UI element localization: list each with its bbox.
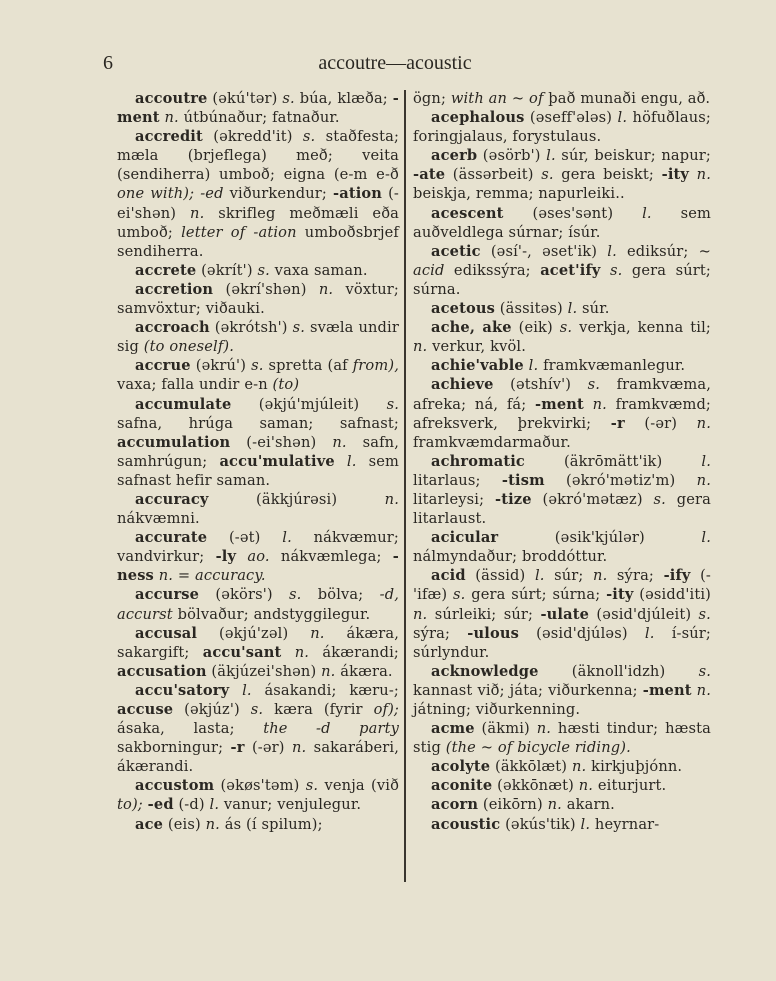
- italic-text: l.: [546, 147, 556, 164]
- dictionary-page: 6 accoutre—acoustic accoutre (əkú'tər) s…: [0, 0, 776, 981]
- italic-text: n.: [321, 663, 335, 680]
- definition-text: (əkøs'təm): [214, 777, 306, 794]
- definition-text: spretta (af: [264, 357, 353, 374]
- definition-text: (-ər): [245, 739, 292, 756]
- headword: -ment: [535, 396, 584, 413]
- definition-text: sakborningur;: [117, 739, 231, 756]
- definition-text: (əsidd'iti): [633, 586, 711, 603]
- definition-text: bölva;: [301, 586, 379, 603]
- italic-text: l.: [282, 529, 292, 546]
- definition-text: beiskja, remma; napurleiki..: [413, 185, 625, 202]
- definition-text: framkvæmdarmaður.: [413, 434, 571, 451]
- right-column: ögn; with an ~ of það munaði engu, að.ac…: [413, 89, 711, 834]
- italic-text: l.: [607, 243, 617, 260]
- italic-text: n.: [385, 491, 399, 508]
- italic-text: of);: [374, 701, 399, 718]
- dictionary-entry: acme (äkmi) n. hæsti tindur; hæsta stig …: [413, 719, 711, 757]
- dictionary-entry: acetous (ässitəs) l. súr.: [413, 299, 711, 318]
- italic-text: n.: [206, 816, 220, 833]
- headword: accrue: [135, 357, 191, 374]
- definition-text: venja (við: [318, 777, 399, 794]
- definition-text: (əkrú'): [191, 357, 251, 374]
- italic-text: n.: [697, 682, 711, 699]
- italic-text: n.: [593, 567, 607, 584]
- definition-text: [601, 262, 610, 279]
- italic-text: s.: [610, 262, 622, 279]
- definition-text: nákvæmlega;: [270, 548, 393, 565]
- italic-text: l.: [347, 453, 357, 470]
- definition-text: gera súrt; súrna;: [465, 586, 606, 603]
- definition-text: (əkú'tər): [208, 90, 283, 107]
- definition-text: bölvaður; andstyggilegur.: [173, 606, 370, 623]
- definition-text: nálmyndaður; broddóttur.: [413, 548, 607, 565]
- headword: -tize: [495, 491, 532, 508]
- definition-text: ásaka, lasta;: [117, 720, 263, 737]
- definition-text: (əkjú'zəl): [197, 625, 310, 642]
- definition-text: (eis): [163, 816, 206, 833]
- definition-text: viðurkendur;: [224, 185, 333, 202]
- headword: acknowledge: [431, 663, 539, 680]
- definition-text: ákærandi;: [309, 644, 399, 661]
- left-column: accoutre (əkú'tər) s. búa, klæða; -ment …: [117, 89, 399, 834]
- definition-text: (əkredd'it): [203, 128, 303, 145]
- definition-text: [335, 453, 347, 470]
- definition-text: (əkrít'): [196, 262, 257, 279]
- italic-text: l.: [645, 625, 655, 642]
- dictionary-entry: ace (eis) n. ás (í spilum);: [117, 815, 399, 834]
- definition-text: játning; viðurkenning.: [413, 701, 580, 718]
- italic-text: (the ~ of bicycle riding).: [446, 739, 631, 756]
- definition-text: [689, 166, 697, 183]
- definition-text: ögn;: [413, 90, 451, 107]
- definition-text: framkvæmanlegur.: [538, 357, 685, 374]
- dictionary-entry: accoutre (əkú'tər) s. búa, klæða; -ment …: [117, 89, 399, 127]
- definition-text: (äkrōmätt'ik): [525, 453, 701, 470]
- headword: accredit: [135, 128, 203, 145]
- headword: acetous: [431, 300, 495, 317]
- definition-text: (əkró'mətiz'm): [545, 472, 697, 489]
- italic-text: the -d party: [263, 720, 399, 737]
- italic-text: n.: [295, 644, 309, 661]
- headword: -ate: [413, 166, 445, 183]
- definition-text: (əkkōnæt): [492, 777, 578, 794]
- dictionary-entry: ache, ake (eik) s. verkja, kenna til; n.…: [413, 318, 711, 356]
- definition-text: vaxa saman.: [270, 262, 368, 279]
- italic-text: s.: [282, 90, 294, 107]
- italic-text: to);: [117, 796, 143, 813]
- definition-text: (əsörb'): [477, 147, 546, 164]
- dictionary-entry: accrue (əkrú') s. spretta (af from), vax…: [117, 356, 399, 394]
- headword: accrete: [135, 262, 196, 279]
- italic-text: ao.: [247, 548, 269, 565]
- headword: accu'sant: [203, 644, 282, 661]
- dictionary-entry: achieve (ətshív') s. framkvæma, afreka; …: [413, 375, 711, 451]
- headword: acoustic: [431, 816, 500, 833]
- italic-text: n. = accuracy.: [159, 567, 266, 584]
- definition-text: (-ət): [207, 529, 282, 546]
- italic-text: n.: [593, 396, 607, 413]
- definition-text: útbúnaður; fatnaður.: [179, 109, 340, 126]
- definition-text: búa, klæða;: [295, 90, 393, 107]
- headword: accusal: [135, 625, 197, 642]
- italic-text: letter of -ation: [181, 224, 297, 241]
- definition-text: (əkjú'mjúleit): [231, 396, 386, 413]
- headword: accoutre: [135, 90, 208, 107]
- definition-text: ákæra.: [335, 663, 392, 680]
- definition-text: (äkjúzei'shən): [207, 663, 321, 680]
- dictionary-entry: acknowledge (äknoll'idzh) s. kannast við…: [413, 662, 711, 719]
- definition-text: safna, hrúga saman; safnast;: [117, 415, 399, 432]
- italic-text: n.: [413, 338, 427, 355]
- definition-text: nákvæmni.: [117, 510, 200, 527]
- dictionary-entry: accustom (əkøs'təm) s. venja (við to); -…: [117, 776, 399, 814]
- definition-text: (-d): [174, 796, 210, 813]
- dictionary-entry: accumulate (əkjú'mjúleit) s. safna, hrúg…: [117, 395, 399, 490]
- definition-text: (ässərbeit): [445, 166, 541, 183]
- definition-text: súrleiki; súr;: [427, 606, 540, 623]
- definition-text: ásakandi; kæru-;: [252, 682, 399, 699]
- headword: accu'mulative: [219, 453, 334, 470]
- italic-text: n.: [310, 625, 324, 642]
- definition-text: (əses'sənt): [504, 205, 643, 222]
- headword: acephalous: [431, 109, 525, 126]
- definition-text: (eikōrn): [478, 796, 547, 813]
- definition-text: (ässitəs): [495, 300, 568, 317]
- dictionary-entry: acolyte (äkkōlæt) n. kirkjuþjónn.: [413, 757, 711, 776]
- dictionary-entry: acoustic (əkús'tik) l. heyrnar-: [413, 815, 711, 834]
- definition-text: (əkró'mətæz): [532, 491, 654, 508]
- definition-text: ediksúr;: [617, 243, 699, 260]
- italic-text: s.: [251, 701, 263, 718]
- definition-text: kannast við; játa; viðurkenna;: [413, 682, 643, 699]
- definition-text: (äkkjúrəsi): [209, 491, 385, 508]
- dictionary-entry: aconite (əkkōnæt) n. eiturjurt.: [413, 776, 711, 795]
- headword: achromatic: [431, 453, 525, 470]
- italic-text: l.: [581, 816, 591, 833]
- dictionary-entry: acid (ässid) l. súr; n. sýra; -ify (-'if…: [413, 566, 711, 661]
- italic-text: s.: [560, 319, 572, 336]
- italic-text: (to oneself).: [144, 338, 234, 355]
- headword: acerb: [431, 147, 477, 164]
- headword: acet'ify: [540, 262, 600, 279]
- definition-text: (äkmi): [475, 720, 537, 737]
- column-divider: [404, 90, 406, 882]
- definition-text: (äknoll'idzh): [539, 663, 699, 680]
- headword: -ity: [606, 586, 633, 603]
- definition-text: verkur, kvöl.: [427, 338, 526, 355]
- italic-text: s.: [251, 357, 263, 374]
- italic-text: n.: [548, 796, 562, 813]
- italic-text: s.: [453, 586, 465, 603]
- definition-text: [236, 548, 247, 565]
- definition-text: (əsid'djúləs): [519, 625, 645, 642]
- headword: accumulation: [117, 434, 230, 451]
- definition-text: súr;: [545, 567, 593, 584]
- definition-text: gera beiskt;: [554, 166, 662, 183]
- italic-text: l.: [618, 109, 628, 126]
- definition-text: eiturjurt.: [593, 777, 666, 794]
- headword: -r: [611, 415, 625, 432]
- definition-text: verkja, kenna til;: [572, 319, 711, 336]
- dictionary-entry: accretion (əkrí'shən) n. vöxtur; samvöxt…: [117, 280, 399, 318]
- dictionary-entry: acorn (eikōrn) n. akarn.: [413, 795, 711, 814]
- italic-text: n.: [579, 777, 593, 794]
- italic-text: l.: [242, 682, 252, 699]
- italic-text: s.: [306, 777, 318, 794]
- headword: -ment: [643, 682, 692, 699]
- italic-text: from),: [353, 357, 399, 374]
- italic-text: s.: [699, 663, 711, 680]
- definition-text: (əkús'tik): [500, 816, 580, 833]
- italic-text: s.: [303, 128, 315, 145]
- headword: accretion: [135, 281, 213, 298]
- headword: acme: [431, 720, 475, 737]
- headword: -r: [231, 739, 245, 756]
- definition-text: (äkkōlæt): [490, 758, 572, 775]
- italic-text: n.: [697, 472, 711, 489]
- definition-text: heyrnar-: [590, 816, 659, 833]
- italic-text: s.: [699, 606, 711, 623]
- dictionary-entry: acephalous (əseff'ələs) l. höfuðlaus; fo…: [413, 108, 711, 146]
- italic-text: l.: [535, 567, 545, 584]
- dictionary-entry: achromatic (äkrōmätt'ik) l. litarlaus; -…: [413, 452, 711, 528]
- italic-text: n.: [697, 415, 711, 432]
- headword: acid: [431, 567, 466, 584]
- headword: accustom: [135, 777, 214, 794]
- headword: acorn: [431, 796, 478, 813]
- definition-text: súr, beiskur; napur;: [556, 147, 711, 164]
- headword: aconite: [431, 777, 492, 794]
- headword: -ity: [662, 166, 689, 183]
- definition-text: edikssýra;: [444, 262, 540, 279]
- definition-text: (əkrí'shən): [213, 281, 319, 298]
- headword: acolyte: [431, 758, 490, 775]
- italic-text: s.: [289, 586, 301, 603]
- running-head: accoutre—acoustic: [0, 52, 776, 75]
- dictionary-entry: accurse (əkörs') s. bölva; -d, accurst b…: [117, 585, 399, 623]
- dictionary-entry: accusal (əkjú'zəl) n. ákæra, sakargift; …: [117, 624, 399, 681]
- headword: -ation: [333, 185, 382, 202]
- italic-text: one with); -ed: [117, 185, 224, 202]
- definition-text: (-ei'shən): [230, 434, 332, 451]
- dictionary-entry: acicular (əsik'kjúlər) l. nálmyndaður; b…: [413, 528, 711, 566]
- definition-text: litarleysi;: [413, 491, 495, 508]
- definition-text: (-ər): [625, 415, 697, 432]
- definition-text: [584, 396, 593, 413]
- definition-text: (əkjúz'): [173, 701, 251, 718]
- headword: accuracy: [135, 491, 209, 508]
- dictionary-entry: acerb (əsörb') l. súr, beiskur; napur; -…: [413, 146, 711, 203]
- headword: -ulous: [467, 625, 519, 642]
- dictionary-entry: accurate (-ət) l. nákvæmur; vandvirkur; …: [117, 528, 399, 585]
- headword: achieve: [431, 376, 494, 393]
- headword: accurse: [135, 586, 199, 603]
- dictionary-entry: acetic (əsí'-, əset'ik) l. ediksúr; ~ ac…: [413, 242, 711, 299]
- headword: -tism: [502, 472, 545, 489]
- italic-text: n.: [332, 434, 346, 451]
- headword: -ed: [148, 796, 174, 813]
- headword: accusation: [117, 663, 207, 680]
- dictionary-entry: accrete (əkrít') s. vaxa saman.: [117, 261, 399, 280]
- definition-text: litarlaus;: [413, 472, 502, 489]
- dictionary-entry: accu'satory l. ásakandi; kæru-; accuse (…: [117, 681, 399, 776]
- headword: accumulate: [135, 396, 231, 413]
- dictionary-entry: accuracy (äkkjúrəsi) n. nákvæmni.: [117, 490, 399, 528]
- definition-text: sýra;: [607, 567, 663, 584]
- dictionary-entry: accredit (əkredd'it) s. staðfesta; mæla …: [117, 127, 399, 261]
- italic-text: s.: [588, 376, 600, 393]
- italic-text: s.: [541, 166, 553, 183]
- italic-text: l.: [568, 300, 578, 317]
- headword: acescent: [431, 205, 504, 222]
- italic-text: n.: [537, 720, 551, 737]
- definition-text: vanur; venjulegur.: [219, 796, 361, 813]
- definition-text: (əsí'-, əset'ik): [481, 243, 608, 260]
- headword: -ulate: [540, 606, 589, 623]
- italic-text: n.: [190, 205, 204, 222]
- definition-text: súr.: [577, 300, 609, 317]
- italic-text: with an ~ of: [451, 90, 544, 107]
- dictionary-entry: acescent (əses'sənt) l. sem auðveldlega …: [413, 204, 711, 242]
- definition-text: (əsid'djúleit): [589, 606, 698, 623]
- italic-text: s.: [654, 491, 666, 508]
- italic-text: l.: [642, 205, 652, 222]
- italic-text: l.: [529, 357, 539, 374]
- italic-text: n.: [292, 739, 306, 756]
- definition-text: það munaði engu, að.: [544, 90, 711, 107]
- definition-text: (əseff'ələs): [525, 109, 618, 126]
- italic-text: l.: [701, 453, 711, 470]
- definition-text: [229, 682, 242, 699]
- italic-text: l.: [210, 796, 220, 813]
- headword: -ify: [664, 567, 691, 584]
- headword: accroach: [135, 319, 210, 336]
- italic-text: n.: [697, 166, 711, 183]
- italic-text: s.: [387, 396, 399, 413]
- definition-text: kæra (fyrir: [263, 701, 373, 718]
- italic-text: (to): [273, 376, 300, 393]
- headword: accuse: [117, 701, 173, 718]
- headword: accurate: [135, 529, 207, 546]
- dictionary-entry: achie'vable l. framkvæmanlegur.: [413, 356, 711, 375]
- definition-text: kirkjuþjónn.: [586, 758, 682, 775]
- headword: acicular: [431, 529, 498, 546]
- definition-text: ás (í spilum);: [220, 816, 323, 833]
- definition-text: (əkörs'): [199, 586, 289, 603]
- definition-text: akarn.: [562, 796, 615, 813]
- definition-text: (əsik'kjúlər): [498, 529, 701, 546]
- headword: -ly: [216, 548, 237, 565]
- italic-text: n.: [164, 109, 178, 126]
- definition-text: vaxa; falla undir e-n: [117, 376, 273, 393]
- definition-text: (əkrótsh'): [210, 319, 293, 336]
- definition-text: [281, 644, 294, 661]
- definition-text: (ässid): [466, 567, 535, 584]
- definition-text: (eik): [512, 319, 560, 336]
- italic-text: n.: [319, 281, 333, 298]
- italic-text: n.: [413, 606, 427, 623]
- headword: acetic: [431, 243, 481, 260]
- italic-text: l.: [701, 529, 711, 546]
- entry-continuation: ögn; with an ~ of það munaði engu, að.: [413, 89, 711, 108]
- headword: achie'vable: [431, 357, 524, 374]
- definition-text: (ətshív'): [494, 376, 588, 393]
- dictionary-entry: accroach (əkrótsh') s. svæla undir sig (…: [117, 318, 399, 356]
- headword: ache, ake: [431, 319, 512, 336]
- definition-text: sýra;: [413, 625, 467, 642]
- italic-text: s.: [293, 319, 305, 336]
- italic-text: s.: [257, 262, 269, 279]
- italic-text: n.: [572, 758, 586, 775]
- headword: ace: [135, 816, 163, 833]
- headword: accu'satory: [135, 682, 229, 699]
